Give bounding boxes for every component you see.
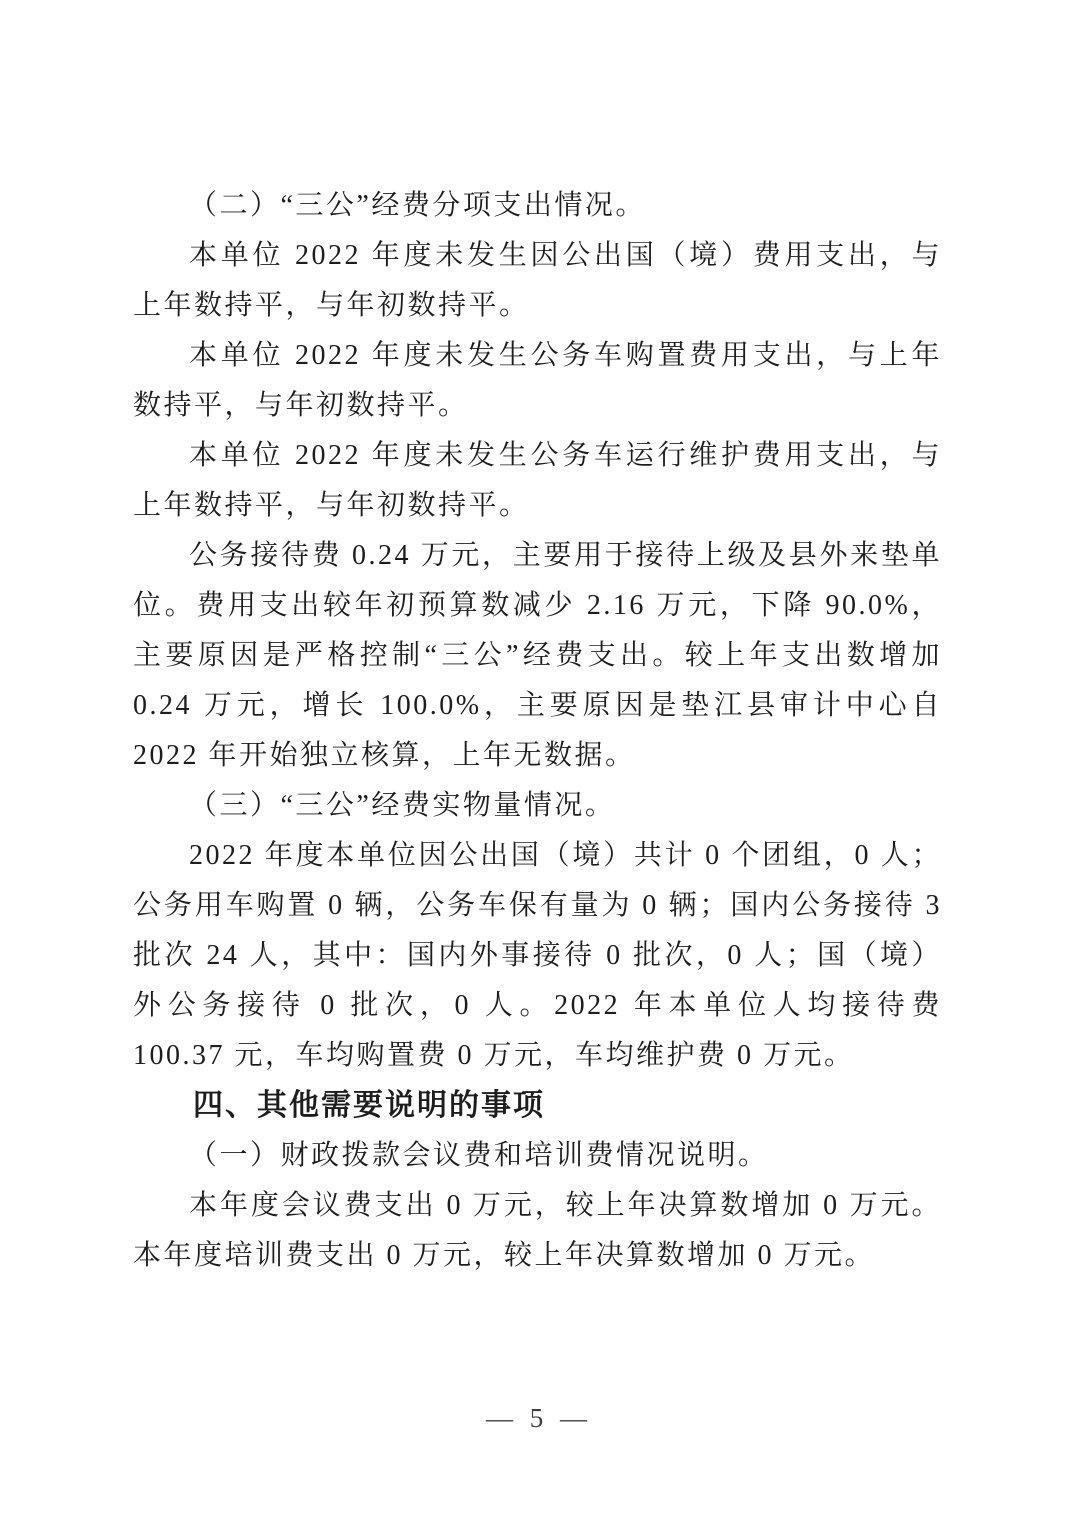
document-body: （二）“三公”经费分项支出情况。 本单位 2022 年度未发生因公出国（境）费用… bbox=[133, 181, 942, 1281]
para-vehicle-maintenance: 本单位 2022 年度未发生公务车运行维护费用支出，与上年数持平，与年初数持平。 bbox=[133, 431, 942, 531]
subsection-heading-meeting-training: （一）财政拨款会议费和培训费情况说明。 bbox=[133, 1131, 942, 1181]
para-physical-quantities: 2022 年度本单位因公出国（境）共计 0 个团组，0 人；公务用车购置 0 辆… bbox=[133, 831, 942, 1081]
subsection-heading-sangong-physical: （三）“三公”经费实物量情况。 bbox=[133, 781, 942, 831]
page-number: — 5 — bbox=[0, 1403, 1075, 1434]
para-overseas-travel: 本单位 2022 年度未发生因公出国（境）费用支出，与上年数持平，与年初数持平。 bbox=[133, 231, 942, 331]
para-official-reception: 公务接待费 0.24 万元，主要用于接待上级及县外来垫单位。费用支出较年初预算数… bbox=[133, 531, 942, 781]
subsection-heading-sangong-itemized: （二）“三公”经费分项支出情况。 bbox=[133, 181, 942, 231]
section-heading-other-matters: 四、其他需要说明的事项 bbox=[133, 1081, 942, 1131]
document-page: （二）“三公”经费分项支出情况。 本单位 2022 年度未发生因公出国（境）费用… bbox=[0, 0, 1075, 1521]
para-meeting-training: 本年度会议费支出 0 万元，较上年决算数增加 0 万元。本年度培训费支出 0 万… bbox=[133, 1181, 942, 1281]
para-vehicle-purchase: 本单位 2022 年度未发生公务车购置费用支出，与上年数持平，与年初数持平。 bbox=[133, 331, 942, 431]
